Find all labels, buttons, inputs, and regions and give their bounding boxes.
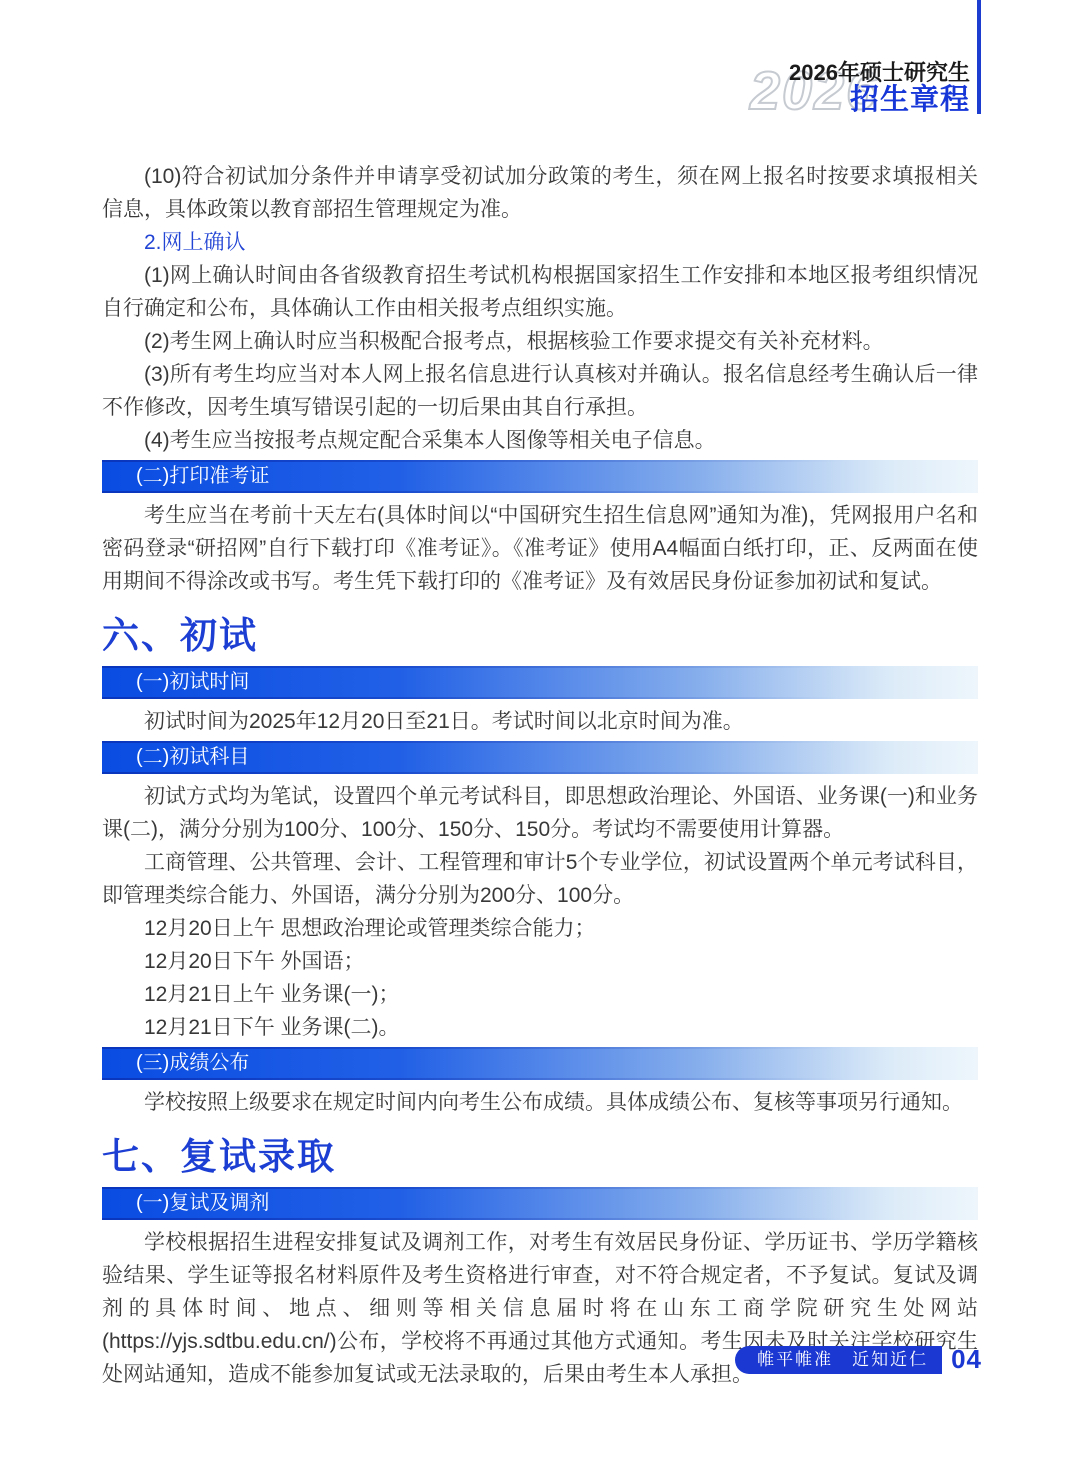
page-footer: 帷平帷准 近知近仁 04 [735,1344,982,1375]
header-title-line2: 招生章程 [789,85,970,116]
paragraph-confirm-2: (2)考生网上确认时应当积极配合报考点，根据核验工作要求提交有关补充材料。 [102,325,978,358]
section-bar-exam-time: (一)初试时间 [102,666,978,699]
paragraph-bonus-policy: (10)符合初试加分条件并申请享受初试加分政策的考生，须在网上报名时按要求填报相… [102,160,978,226]
schedule-line-1: 12月20日上午 思想政治理论或管理类综合能力； [102,912,978,945]
paragraph-confirm-4: (4)考生应当按报考点规定配合采集本人图像等相关电子信息。 [102,424,978,457]
document-body: (10)符合初试加分条件并申请享受初试加分政策的考生，须在网上报名时按要求填报相… [102,160,978,1391]
section-bar-retest-adjust: (一)复试及调剂 [102,1187,978,1220]
section-bar-score-release: (三)成绩公布 [102,1047,978,1080]
section-bar-exam-subjects: (二)初试科目 [102,741,978,774]
paragraph-confirm-1: (1)网上确认时间由各省级教育招生考试机构根据国家招生工作安排和本地区报考组织情… [102,259,978,325]
paragraph-confirm-3: (3)所有考生均应当对本人网上报名信息进行认真核对并确认。报名信息经考生确认后一… [102,358,978,424]
chapter-heading-seven: 七、复试录取 [102,1135,978,1179]
subheading-online-confirm: 2.网上确认 [102,226,978,259]
schedule-line-3: 12月21日上午 业务课(一)； [102,978,978,1011]
header-title-line1: 2026年硕士研究生 [789,60,970,85]
header-vertical-rule [977,0,981,114]
paragraph-subjects-1: 初试方式均为笔试，设置四个单元考试科目，即思想政治理论、外国语、业务课(一)和业… [102,780,978,846]
chapter-heading-six: 六、初试 [102,614,978,658]
page-number: 04 [951,1344,982,1375]
footer-motto-text: 帷平帷准 近知近仁 [757,1350,928,1369]
schedule-line-4: 12月21日下午 业务课(二)。 [102,1011,978,1044]
header-title-block: 2026年硕士研究生 招生章程 [789,60,970,116]
footer-motto-pill: 帷平帷准 近知近仁 [735,1346,942,1374]
section-bar-print-ticket: (二)打印准考证 [102,460,978,493]
document-page: 2026 2026年硕士研究生 招生章程 (10)符合初试加分条件并申请享受初试… [0,0,1080,1465]
paragraph-print-ticket: 考生应当在考前十天左右(具体时间以“中国研究生招生信息网”通知为准)，凭网报用户… [102,499,978,598]
paragraph-score-release: 学校按照上级要求在规定时间内向考生公布成绩。具体成绩公布、复核等事项另行通知。 [102,1086,978,1119]
paragraph-subjects-2: 工商管理、公共管理、会计、工程管理和审计5个专业学位，初试设置两个单元考试科目，… [102,846,978,912]
schedule-line-2: 12月20日下午 外国语； [102,945,978,978]
paragraph-exam-time: 初试时间为2025年12月20日至21日。考试时间以北京时间为准。 [102,705,978,738]
